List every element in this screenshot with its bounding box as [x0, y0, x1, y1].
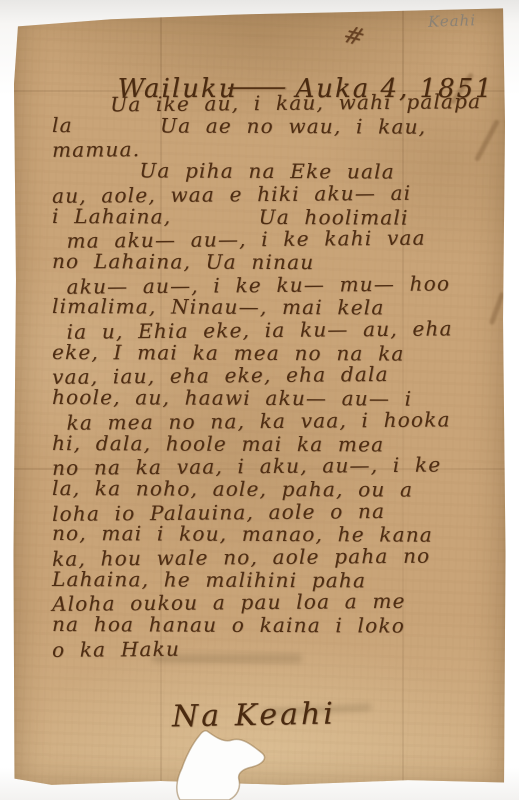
letter-signature: Na Keahi: [172, 697, 336, 735]
letter-body: Ua ike au, i kau, wahi palapala Ua ae no…: [52, 92, 492, 660]
letter-line: i Lahaina, Ua hoolimali: [52, 205, 492, 230]
scanned-letter-page: Keahi Wailuku—Auka 4, 1851 # Ua ike au, …: [0, 0, 519, 800]
pencil-annotation: Keahi: [428, 11, 477, 31]
letter-line: na hoa hanau o kaina i loko: [52, 613, 492, 638]
letter-line: Ua piha na Eke uala: [52, 159, 492, 184]
letter-line: la, ka noho, aole, paha, ou a: [52, 477, 492, 502]
hash-mark: #: [339, 20, 369, 51]
letter-paper: Keahi Wailuku—Auka 4, 1851 # Ua ike au, …: [12, 6, 507, 788]
letter-line: o ka Haku: [52, 635, 492, 662]
